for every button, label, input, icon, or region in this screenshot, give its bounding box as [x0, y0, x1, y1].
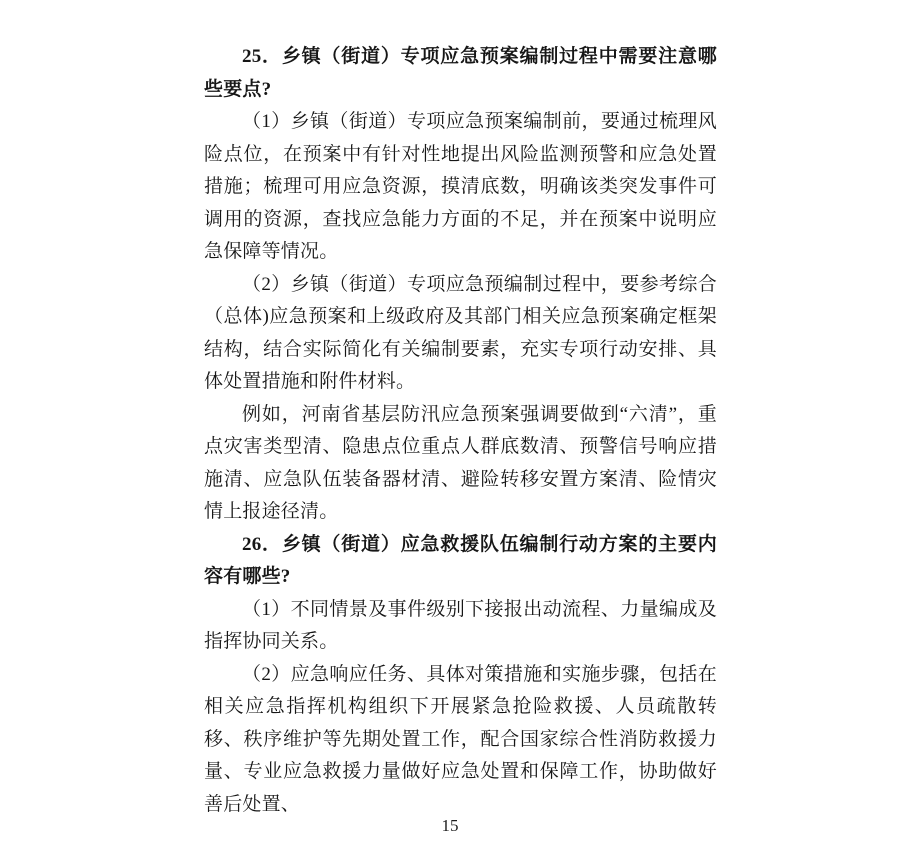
q25-paragraph-example: 例如，河南省基层防汛应急预案强调要做到“六清”，重点灾害类型清、隐患点位重点人群…	[204, 399, 717, 529]
question-25-heading: 25．乡镇（街道）专项应急预案编制过程中需要注意哪些要点?	[204, 41, 717, 106]
q26-paragraph-1: （1）不同情景及事件级别下接报出动流程、力量编成及指挥协同关系。	[204, 594, 717, 659]
q26-paragraph-2: （2）应急响应任务、具体对策措施和实施步骤，包括在相关应急指挥机构组织下开展紧急…	[204, 659, 717, 822]
q25-paragraph-2: （2）乡镇（街道）专项应急预编制过程中，要参考综合（总体)应急预案和上级政府及其…	[204, 269, 717, 399]
page-number: 15	[0, 814, 900, 838]
page-content: 25．乡镇（街道）专项应急预案编制过程中需要注意哪些要点? （1）乡镇（街道）专…	[204, 41, 717, 821]
question-26-heading: 26．乡镇（街道）应急救援队伍编制行动方案的主要内容有哪些?	[204, 529, 717, 594]
document-page: 25．乡镇（街道）专项应急预案编制过程中需要注意哪些要点? （1）乡镇（街道）专…	[0, 0, 900, 858]
q25-paragraph-1: （1）乡镇（街道）专项应急预案编制前，要通过梳理风险点位，在预案中有针对性地提出…	[204, 106, 717, 269]
